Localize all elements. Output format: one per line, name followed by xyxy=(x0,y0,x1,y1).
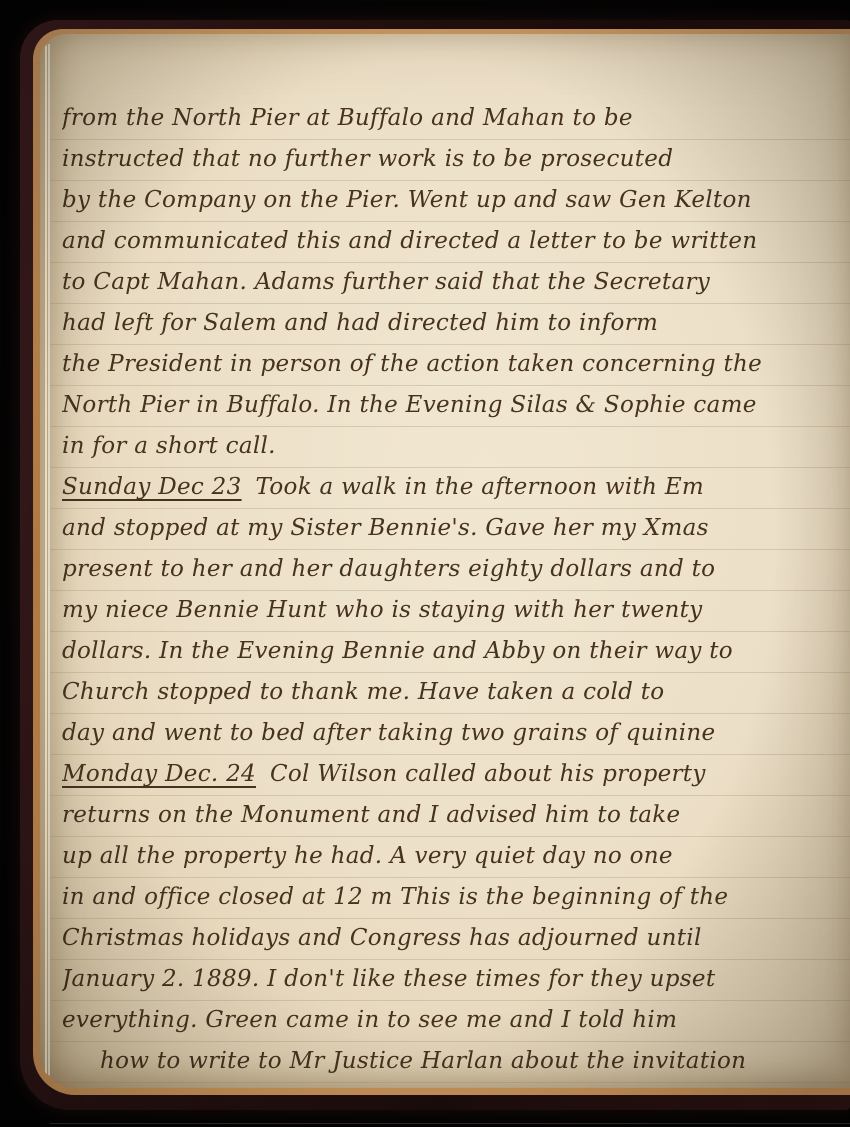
manuscript-line: present to her and her daughters eighty … xyxy=(62,549,848,590)
manuscript-line: to Capt Mahan. Adams further said that t… xyxy=(62,262,848,303)
manuscript-line: in and office closed at 12 m This is the… xyxy=(62,877,848,918)
manuscript-line-entry-start: Monday Dec. 24Col Wilson called about hi… xyxy=(62,754,848,795)
line-text: had left for Salem and had directed him … xyxy=(62,310,658,336)
line-text: January 2. 1889. I don't like these time… xyxy=(62,966,715,992)
line-text: everything. Green came in to see me and … xyxy=(62,1007,677,1033)
line-text: Took a walk in the afternoon with Em xyxy=(256,474,705,500)
line-text: returns on the Monument and I advised hi… xyxy=(62,802,680,828)
line-text: Col Wilson called about his property xyxy=(270,761,706,787)
manuscript-line: day and went to bed after taking two gra… xyxy=(62,713,848,754)
manuscript-text: from the North Pier at Buffalo and Mahan… xyxy=(62,98,848,1082)
manuscript-line: and communicated this and directed a let… xyxy=(62,221,848,262)
line-text: my niece Bennie Hunt who is staying with… xyxy=(62,597,702,623)
line-text: how to write to Mr Justice Harlan about … xyxy=(100,1048,746,1074)
line-text: dollars. In the Evening Bennie and Abby … xyxy=(62,638,733,664)
manuscript-line: how to write to Mr Justice Harlan about … xyxy=(62,1041,848,1082)
line-text: North Pier in Buffalo. In the Evening Si… xyxy=(62,392,757,418)
line-text: and communicated this and directed a let… xyxy=(62,228,757,254)
line-text: from the North Pier at Buffalo and Mahan… xyxy=(62,105,633,131)
manuscript-line: the President in person of the action ta… xyxy=(62,344,848,385)
manuscript-line: and stopped at my Sister Bennie's. Gave … xyxy=(62,508,848,549)
entry-date: Monday Dec. 24 xyxy=(62,761,256,787)
line-text: up all the property he had. A very quiet… xyxy=(62,843,673,869)
manuscript-line: had left for Salem and had directed him … xyxy=(62,303,848,344)
manuscript-line: January 2. 1889. I don't like these time… xyxy=(62,959,848,1000)
line-text: Church stopped to thank me. Have taken a… xyxy=(62,679,664,705)
line-text: instructed that no further work is to be… xyxy=(62,146,673,172)
manuscript-line: everything. Green came in to see me and … xyxy=(62,1000,848,1041)
line-text: Christmas holidays and Congress has adjo… xyxy=(62,925,702,951)
manuscript-line: my niece Bennie Hunt who is staying with… xyxy=(62,590,848,631)
line-text: the President in person of the action ta… xyxy=(62,351,762,377)
manuscript-line: Church stopped to thank me. Have taken a… xyxy=(62,672,848,713)
line-text: by the Company on the Pier. Went up and … xyxy=(62,187,752,213)
manuscript-line: in for a short call. xyxy=(62,426,848,467)
manuscript-line-entry-start: Sunday Dec 23Took a walk in the afternoo… xyxy=(62,467,848,508)
manuscript-line: Christmas holidays and Congress has adjo… xyxy=(62,918,848,959)
diary-page: from the North Pier at Buffalo and Mahan… xyxy=(40,34,850,1088)
manuscript-line: North Pier in Buffalo. In the Evening Si… xyxy=(62,385,848,426)
manuscript-line: up all the property he had. A very quiet… xyxy=(62,836,848,877)
line-text: present to her and her daughters eighty … xyxy=(62,556,715,582)
line-text: to Capt Mahan. Adams further said that t… xyxy=(62,269,710,295)
line-text: in for a short call. xyxy=(62,433,276,459)
photo-background: from the North Pier at Buffalo and Mahan… xyxy=(0,0,850,1127)
manuscript-line: by the Company on the Pier. Went up and … xyxy=(62,180,848,221)
manuscript-line: from the North Pier at Buffalo and Mahan… xyxy=(62,98,848,139)
manuscript-line: dollars. In the Evening Bennie and Abby … xyxy=(62,631,848,672)
line-text: day and went to bed after taking two gra… xyxy=(62,720,715,746)
entry-date: Sunday Dec 23 xyxy=(62,474,242,500)
line-text: in and office closed at 12 m This is the… xyxy=(62,884,728,910)
line-text: and stopped at my Sister Bennie's. Gave … xyxy=(62,515,709,541)
manuscript-line: returns on the Monument and I advised hi… xyxy=(62,795,848,836)
manuscript-line: instructed that no further work is to be… xyxy=(62,139,848,180)
